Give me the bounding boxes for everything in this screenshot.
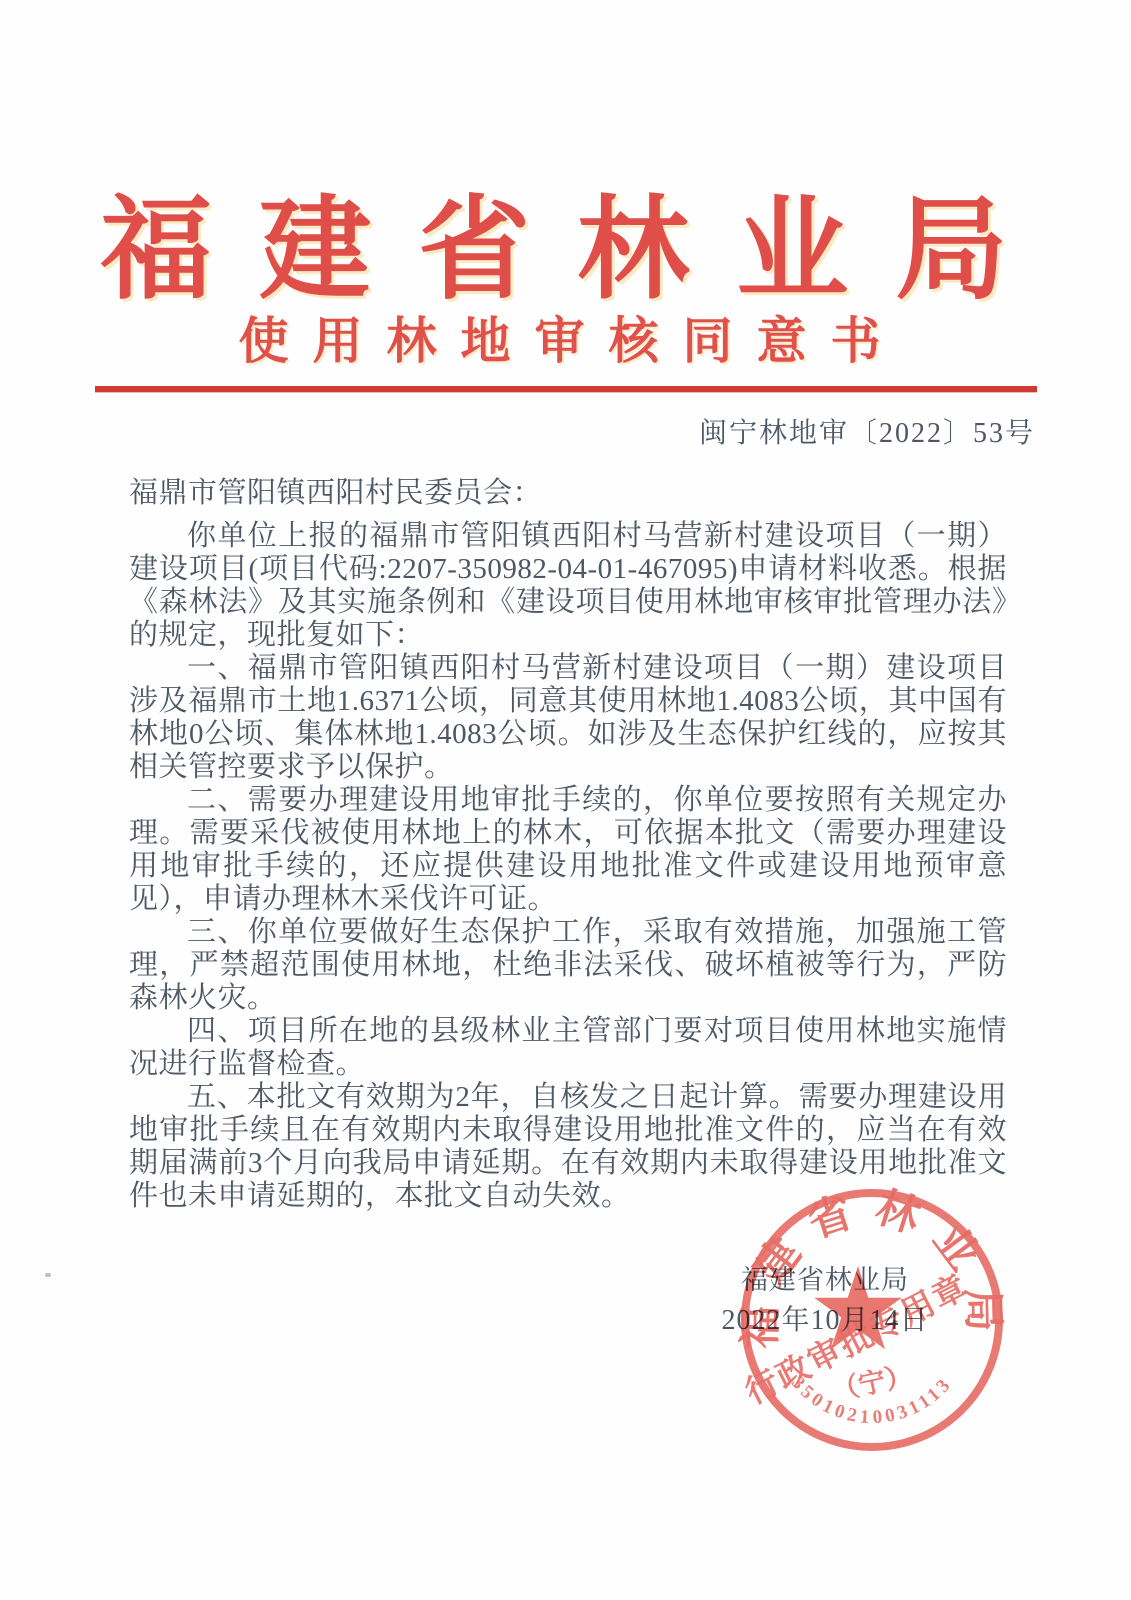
official-seal: 福建省林业局 行政审批专用章 （宁） 35010210031113 xyxy=(700,1150,1045,1480)
paragraph-item-3: 三、你单位要做好生态保护工作，采取有效措施，加强施工管理，严禁超范围使用林地，杜… xyxy=(129,916,1007,1015)
org-title: 福建省林业局 xyxy=(0,190,1131,313)
paragraph-item-1: 一、福鼎市管阳镇西阳村马营新村建设项目（一期）建设项目涉及福鼎市土地1.6371… xyxy=(129,652,1007,784)
doc-number: 闽宁林地审〔2022〕53号 xyxy=(699,416,1035,452)
doc-title: 使用林地审核同意书 xyxy=(0,314,1131,369)
header-rule xyxy=(95,386,1037,392)
scan-speck xyxy=(45,1273,51,1277)
document-page: 福建省林业局 使用林地审核同意书 闽宁林地审〔2022〕53号 福鼎市管阳镇西阳… xyxy=(0,0,1131,1600)
paragraph-intro: 你单位上报的福鼎市管阳镇西阳村马营新村建设项目（一期）建设项目(项目代码:220… xyxy=(129,520,1007,652)
paragraph-item-2: 二、需要办理建设用地审批手续的，你单位要按照有关规定办理。需要采伐被使用林地上的… xyxy=(129,784,1007,916)
paragraph-item-4: 四、项目所在地的县级林业主管部门要对项目使用林地实施情况进行监督检查。 xyxy=(129,1015,1007,1081)
document-body: 福鼎市管阳镇西阳村民委员会： 你单位上报的福鼎市管阳镇西阳村马营新村建设项目（一… xyxy=(129,477,1007,1213)
salutation: 福鼎市管阳镇西阳村民委员会： xyxy=(129,477,1007,510)
